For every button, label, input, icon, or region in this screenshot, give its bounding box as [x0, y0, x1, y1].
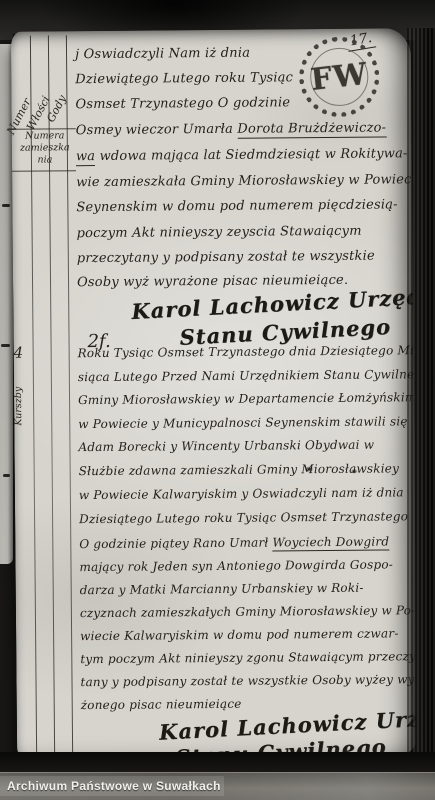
act4-text-line: darza y Matki Marcianny Urbanskiey w Rok…	[80, 581, 364, 597]
ink-blot	[351, 469, 358, 474]
book-binding-shadow	[407, 28, 435, 762]
act-number: 4	[14, 344, 24, 362]
archive-watermark: Archiwum Państwowe w Suwałkach	[7, 779, 221, 793]
act3-text-line: wa wdowa mająca lat Siedmdziesiąt w Roki…	[76, 146, 408, 164]
act4-text-line: O godzinie piątey Rano Umarł Woyciech Do…	[79, 534, 389, 551]
act4-line9-plain: O godzinie piątey Rano Umarł	[79, 535, 272, 551]
act3-text-line: j Oswiadczyli Nam iż dnia	[75, 46, 250, 63]
stamp-letters: FW	[309, 56, 370, 97]
act4-text-line: Adam Borecki y Wincenty Urbanski Obydwai…	[78, 438, 374, 455]
margin-residence-note: Numera zamieszka nia	[14, 130, 76, 167]
document-scan: Numer Włości Gody Numera zamieszka nia 4…	[0, 0, 435, 800]
margin-place-name-vertical: Kurszby	[13, 362, 25, 426]
residence-note-line: zamieszka	[14, 142, 76, 155]
act3-line4-plain: Osmey wieczor Umarła	[76, 122, 238, 138]
residence-note-line: nia	[14, 154, 76, 167]
act4-text-line: w Powiecie Kalwaryiskim y Oswiadczyli na…	[79, 485, 404, 502]
act4-text-line: żonego pisac nieumieiące	[81, 697, 242, 712]
stamp-inner-ring: FW	[307, 45, 371, 109]
act4-text-line: Gminy Miorosławskiey w Departamencie Łom…	[78, 390, 417, 407]
act3-text-line: wie zamieszkała Gminy Miorosławskiey w P…	[76, 172, 424, 190]
act3-text-line: Osmey wieczor Umarła Dorota Brużdżewiczo…	[76, 120, 387, 138]
act4-text-line: tany y podpisany został te wszystkie Oso…	[80, 672, 432, 689]
act4-text-line: w Powiecie y Municypalnosci Seynenskim s…	[78, 414, 407, 431]
act3-text-line: Osoby wyż wyrażone pisac nieumieiące.	[77, 273, 348, 290]
act4-text-line: wiecie Kalwaryiskim w domu pod numerem c…	[80, 626, 399, 643]
act4-text-line: siąca Lutego Przed Nami Urzędnikiem Stan…	[78, 367, 430, 384]
act4-text-line: tym poczym Akt ninieyszy zgonu Stawaiący…	[80, 649, 420, 666]
act3-line5-plain: wdowa mająca lat Siedmdziesiąt w Rokityw…	[95, 146, 408, 164]
act4-text-line: Dziesiątego Lutego roku Tysiąc Osmset Tr…	[79, 509, 408, 526]
act3-text-line: Osmset Trzynastego O godzinie	[75, 95, 290, 112]
deceased-name-underlined: Dorota Brużdżewiczo-	[237, 120, 386, 138]
ink-blot	[305, 466, 314, 472]
deceased-name-underlined: Woyciech Dowgird	[272, 534, 389, 551]
act3-text-line: poczym Akt ninieyszy zeyscia Stawaiącym	[77, 224, 362, 241]
act3-text-line: Dziewiątego Lutego roku Tysiąc	[75, 70, 293, 87]
act4-text-line: czyznach zamieszkałych Gminy Miorosławsk…	[80, 603, 416, 620]
page-edge-mark	[1, 344, 10, 347]
act4-text-line: mający rok Jeden syn Antoniego Dowgirda …	[79, 557, 393, 574]
act3-text-line: Seynenskim w domu pod numerem pięcdziesi…	[76, 197, 397, 215]
page-edge-mark	[2, 204, 10, 207]
act4-text-line: Roku Tysiąc Osmset Trzynastego dnia Dzie…	[78, 343, 426, 360]
residence-note-line: Numera	[14, 130, 76, 143]
deceased-name-underlined: wa	[76, 149, 95, 166]
page-edge-mark	[3, 474, 10, 477]
act3-text-line: przeczytany y podpisany został te wszyst…	[77, 249, 375, 267]
register-page: Numer Włości Gody Numera zamieszka nia 4…	[11, 28, 417, 757]
